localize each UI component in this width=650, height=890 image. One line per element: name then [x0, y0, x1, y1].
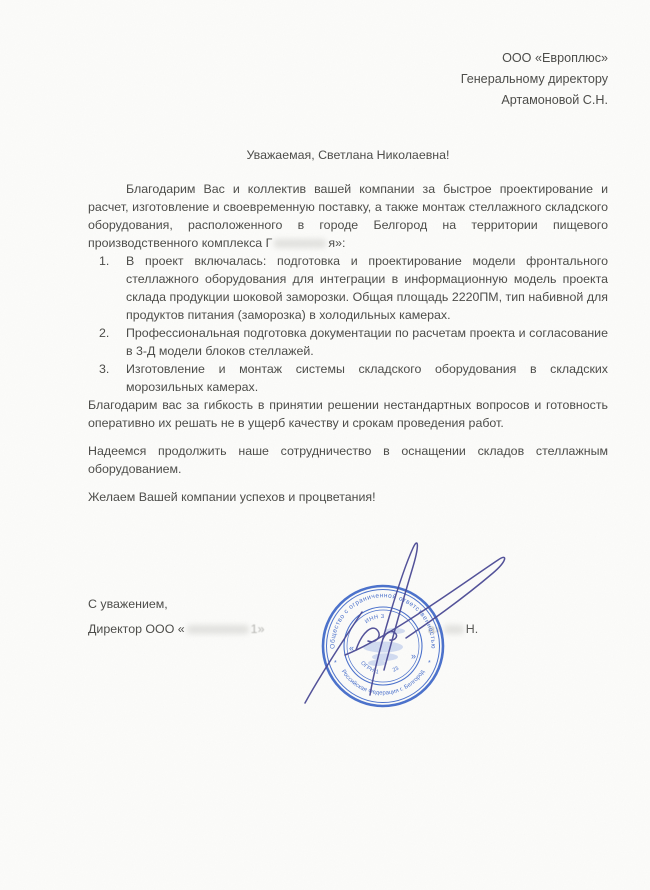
handwritten-signature: [278, 518, 570, 720]
signature-ink-strokes: [305, 543, 505, 703]
redacted-complex-name: [274, 239, 326, 248]
recipient-company: ООО «Европлюс»: [461, 48, 608, 69]
list-item: В проект включалась: подготовка и проект…: [126, 252, 608, 324]
recipient-block: ООО «Европлюс» Генеральному директору Ар…: [461, 48, 608, 111]
paragraph-cooperation: Надеемся продолжить наше сотрудничество …: [88, 442, 608, 478]
signature-loop-right: [345, 557, 505, 655]
redacted-company-name: [187, 625, 249, 634]
paragraph-thanks: Благодарим вас за гибкость в принятии ре…: [88, 396, 608, 432]
signature-tail-stroke: [305, 612, 362, 703]
recipient-name: Артамоновой С.Н.: [461, 90, 608, 111]
list-item: Изготовление и монтаж системы складского…: [126, 360, 608, 396]
paragraph-intro-tail: я»:: [328, 236, 345, 250]
company-name-remnant: 1»: [251, 622, 265, 636]
work-items-list: В проект включалась: подготовка и проект…: [88, 252, 608, 396]
director-title: Директор ООО «: [88, 622, 185, 636]
scanned-letter-page: ООО «Европлюс» Генеральному директору Ар…: [0, 0, 650, 890]
greeting-line: Уважаемая, Светлана Николаевна!: [88, 146, 608, 164]
paragraph-intro: Благодарим Вас и коллектив вашей компани…: [88, 180, 608, 252]
recipient-position: Генеральному директору: [461, 69, 608, 90]
list-item: Профессиональная подготовка документации…: [126, 324, 608, 360]
paragraph-intro-text: Благодарим Вас и коллектив вашей компани…: [88, 182, 608, 250]
paragraph-wishes: Желаем Вашей компании успехов и процвета…: [88, 488, 608, 506]
